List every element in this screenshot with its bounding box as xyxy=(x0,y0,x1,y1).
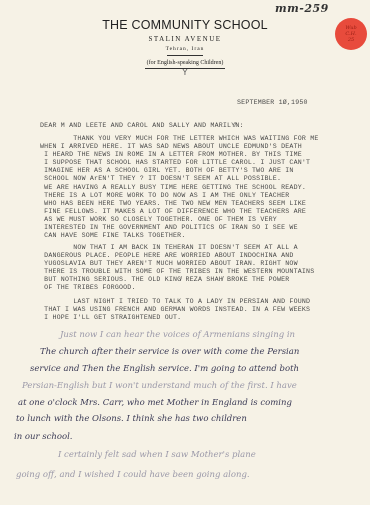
archive-number: mm-259 xyxy=(275,2,329,15)
handwritten-line: Just now I can hear the voices of Armeni… xyxy=(60,330,295,340)
paragraph-3: LAST NIGHT I TRIED TO TALK TO A LADY IN … xyxy=(40,298,350,322)
school-street: STALIN AVENUE xyxy=(90,35,280,43)
letter-date: SEPTEMBER 1Ø,1950 xyxy=(237,99,308,106)
handwritten-line: Persian-English but I won't understand m… xyxy=(22,381,297,391)
divider xyxy=(167,55,203,56)
school-city: Tehran, Iran xyxy=(90,46,280,52)
red-archive-stamp: Wub C.H. 25 xyxy=(335,18,367,50)
paragraph-2: NOW THAT I AM BACK IN TEHERAN IT DOESN'T… xyxy=(40,244,350,293)
handwritten-line: service and Then the English service. I'… xyxy=(30,364,299,374)
letterhead: THE COMMUNITY SCHOOL STALIN AVENUE Tehra… xyxy=(90,18,280,77)
handwritten-line: I certainly felt sad when I saw Mother's… xyxy=(58,450,256,460)
handwritten-line: at one o'clock Mrs. Carr, who met Mother… xyxy=(18,398,292,408)
handwritten-line: to lunch with the Olsons. I think she ha… xyxy=(16,414,247,424)
letter-page: mm-259 Wub C.H. 25 THE COMMUNITY SCHOOL … xyxy=(0,0,370,505)
handwritten-line: in our school. xyxy=(14,432,73,442)
handwritten-line: going off, and I wished I could have bee… xyxy=(16,470,250,480)
salutation: DEAR M AND LEETE AND CAROL AND SALLY AND… xyxy=(40,122,244,129)
school-name: THE COMMUNITY SCHOOL xyxy=(90,18,280,32)
handwritten-line: The church after their service is over w… xyxy=(40,347,299,357)
ornament-mark: Y xyxy=(90,68,280,77)
stamp-line: 25 xyxy=(348,37,354,43)
paragraph-1: THANK YOU VERY MUCH FOR THE LETTER WHICH… xyxy=(40,135,350,240)
school-tagline: (for English-speaking Children) xyxy=(90,60,280,66)
